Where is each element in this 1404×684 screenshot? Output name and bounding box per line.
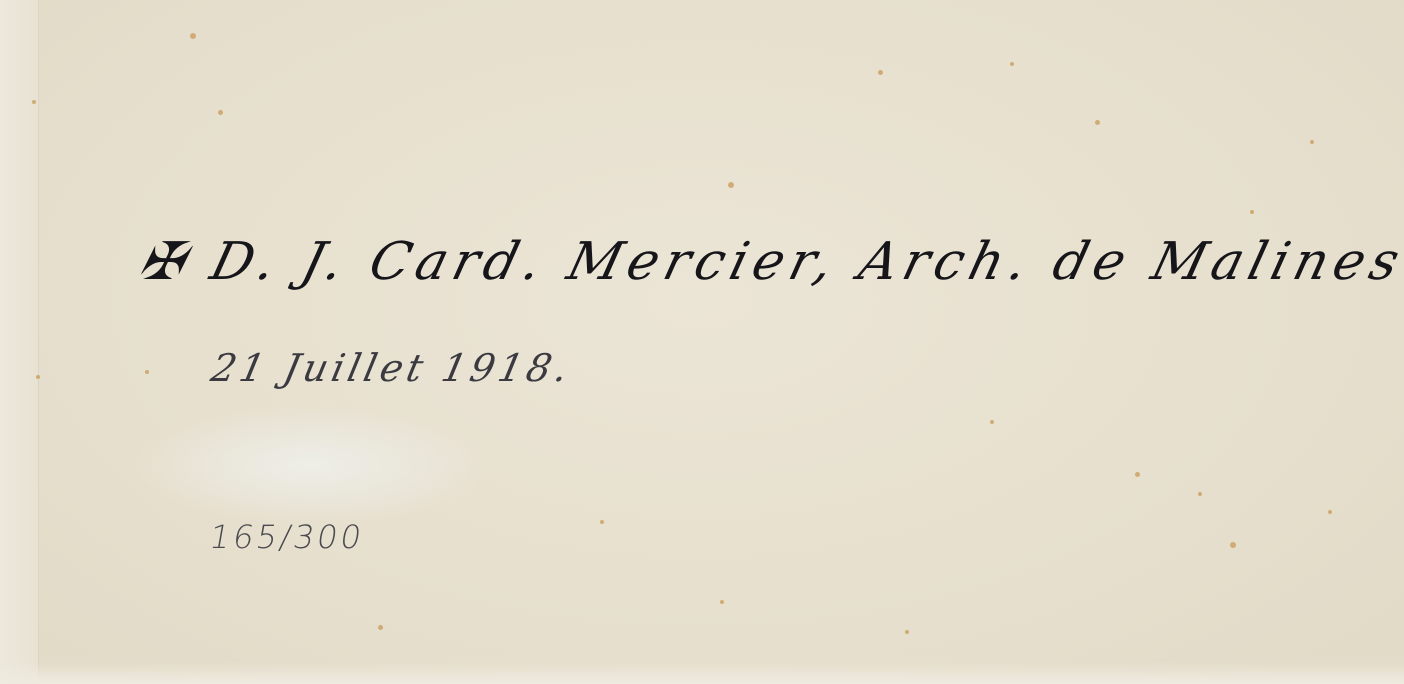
foxing-speck xyxy=(720,600,724,604)
foxing-speck xyxy=(378,625,383,630)
foxing-speck xyxy=(990,420,994,424)
foxing-speck xyxy=(905,630,909,634)
foxing-speck xyxy=(145,370,149,374)
foxing-speck xyxy=(1310,140,1314,144)
foxing-speck xyxy=(36,375,40,379)
foxing-speck xyxy=(32,100,36,104)
foxing-speck xyxy=(218,110,223,115)
foxing-speck xyxy=(1198,492,1202,496)
date-line: 21 Juillet 1918. xyxy=(207,346,576,390)
foxing-speck xyxy=(878,70,883,75)
foxing-speck xyxy=(190,33,196,39)
plate-mark-margin-bottom xyxy=(0,662,1404,684)
foxing-speck xyxy=(600,520,604,524)
foxing-speck xyxy=(1010,62,1014,66)
foxing-speck xyxy=(1250,210,1254,214)
foxing-speck xyxy=(1230,542,1236,548)
paper-background xyxy=(0,0,1404,684)
foxing-speck xyxy=(1135,472,1140,477)
foxing-speck xyxy=(1095,120,1100,125)
foxing-speck xyxy=(728,182,734,188)
signature-line: ✠ D. J. Card. Mercier, Arch. de Malines. xyxy=(133,232,1404,292)
foxing-speck xyxy=(1328,510,1332,514)
edition-number: 165/300 xyxy=(207,518,368,556)
